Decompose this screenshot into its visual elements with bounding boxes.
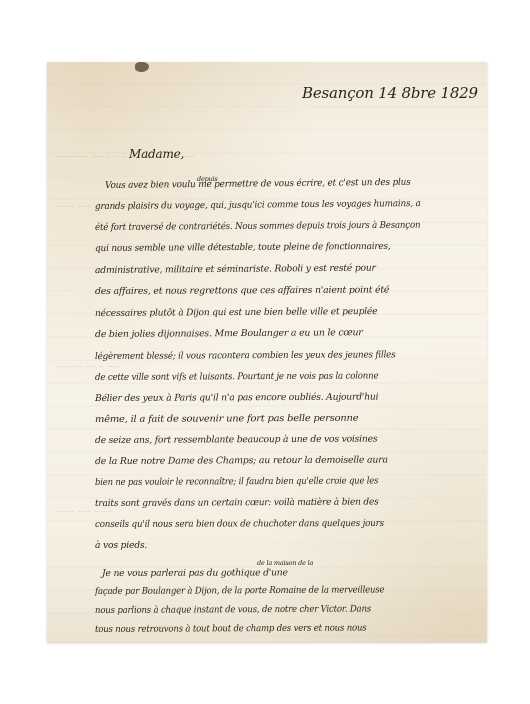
interlinear-insertion: de la maison de la	[257, 559, 313, 567]
letter-line: façade par Boulanger à Dijon, de la port…	[95, 584, 384, 597]
letter-line: même, il a fait de souvenir une fort pas…	[95, 413, 358, 425]
letter-line: de bien jolies dijonnaises. Mme Boulange…	[95, 327, 363, 340]
letter-line: Je ne vous parlerai pas du gothique d'un…	[102, 567, 288, 579]
letter-line: tous nous retrouvons à tout bout de cham…	[95, 622, 367, 635]
letter-line: des affaires, et nous regrettons que ces…	[95, 284, 389, 297]
letter-line: de cette ville sont vifs et luisants. Po…	[95, 370, 379, 383]
letter-line: légèrement blessé; il vous racontera com…	[95, 349, 395, 362]
letter-line: traits sont gravés dans un certain cœur:…	[95, 496, 379, 509]
ink-stain	[135, 62, 149, 72]
place-date: Besançon 14 8bre 1829	[302, 84, 478, 102]
letter-line: à vos pieds.	[95, 540, 147, 551]
letter-line: Bélier des yeux à Paris qu'il n'a pas en…	[95, 392, 378, 404]
letter-line: administrative, militaire et séminariste…	[95, 263, 376, 276]
letter-line: grands plaisirs du voyage, qui, jusqu'ic…	[95, 198, 421, 212]
letter-line: Vous avez bien voulu me permettre de vou…	[105, 177, 411, 191]
letter-line: été fort traversé de contrariétés. Nous …	[95, 220, 420, 233]
letter-line: qui nous semble une ville détestable, to…	[95, 241, 391, 254]
show-through-text: ~~ ~~~ ~~~~	[55, 362, 120, 371]
letter-line: bien ne pas vouloir le reconnaître; il f…	[95, 475, 378, 488]
letter-line: de seize ans, fort ressemblante beaucoup…	[95, 434, 377, 446]
letter-line: conseils qu'il nous sera bien doux de ch…	[95, 518, 384, 530]
salutation: Madame,	[129, 147, 184, 161]
letter-line: nous parlions à chaque instant de vous, …	[95, 603, 371, 616]
letter-line: nécessaires plutôt à Dijon qui est une b…	[95, 306, 377, 319]
letter-line: de la Rue notre Dame des Champs; au reto…	[95, 454, 388, 467]
letter-sheet: ~~ ~~~ ~~~~ ~~ ~~~ ~~~~~ ~~~ ~~~~ ~~ ~~~…	[47, 62, 487, 642]
